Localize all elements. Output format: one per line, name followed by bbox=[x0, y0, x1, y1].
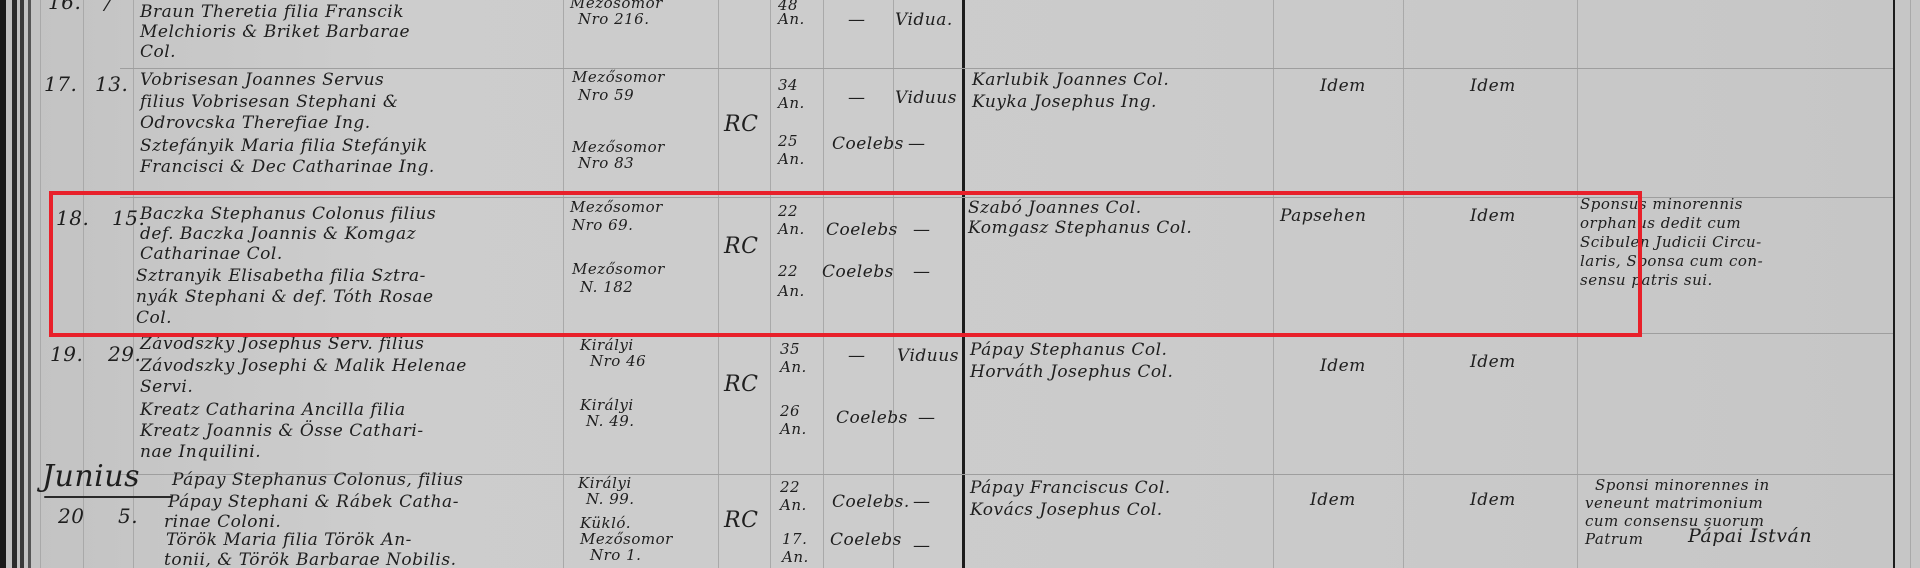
status-single: — bbox=[848, 10, 866, 31]
ledger-page: 16. 7 Braun Theretia filia Franscik Melc… bbox=[0, 0, 1920, 568]
entry-day: 29. bbox=[108, 344, 141, 365]
religion-mark: RC bbox=[724, 374, 758, 395]
religion-mark: RC bbox=[724, 114, 758, 135]
age-groom: 22 bbox=[780, 478, 800, 497]
remarks-line: Patrum bbox=[1585, 530, 1643, 549]
age-unit: An. bbox=[780, 496, 807, 515]
residence-groom-number: N. 99. bbox=[586, 490, 635, 509]
residence-bride-number: Nro 216. bbox=[578, 10, 650, 29]
column-rule-heavy bbox=[1893, 0, 1895, 568]
status-bride-widowed: — bbox=[908, 134, 926, 155]
age-unit: An. bbox=[778, 150, 805, 169]
status-groom-widowed: Viduus bbox=[897, 346, 959, 367]
witness-line: Kovács Josephus Col. bbox=[970, 500, 1163, 521]
witness-line: Karlubik Joannes Col. bbox=[972, 70, 1169, 91]
entry-day: 5. bbox=[118, 506, 138, 527]
groom-line: Pápay Stephanus Colonus, filius bbox=[172, 470, 463, 491]
groom-line: filius Vobrisesan Stephani & bbox=[140, 92, 399, 113]
witness-line: Horváth Josephus Col. bbox=[970, 362, 1173, 383]
status-bride-widowed: — bbox=[918, 408, 936, 429]
age-unit: An. bbox=[778, 94, 805, 113]
bride-line: Col. bbox=[140, 42, 176, 63]
status-groom-widowed: Viduus bbox=[895, 88, 957, 109]
status-bride-widowed: — bbox=[913, 536, 931, 557]
entry-number: 17. bbox=[44, 74, 77, 95]
idem-mark: Idem bbox=[1470, 490, 1516, 511]
witness-line: Kuyka Josephus Ing. bbox=[972, 92, 1157, 113]
month-heading: Junius bbox=[42, 460, 140, 494]
officiant-signature: Pápai István bbox=[1688, 526, 1812, 547]
highlight-box-entry-18 bbox=[49, 191, 1642, 337]
age-unit: An. bbox=[782, 548, 809, 567]
bride-line: Braun Theretia filia Franscik bbox=[140, 2, 404, 23]
status-widowed: Vidua. bbox=[895, 10, 953, 31]
groom-line: Závodszky Josephi & Malik Helenae bbox=[140, 356, 467, 377]
age-groom: 35 bbox=[780, 340, 800, 359]
bride-line: Török Maria filia Török An- bbox=[166, 530, 412, 551]
idem-mark: Idem bbox=[1320, 76, 1366, 97]
page-binding-edge bbox=[0, 0, 6, 568]
idem-mark: Idem bbox=[1470, 352, 1516, 373]
status-bride-single: Coelebs bbox=[830, 530, 902, 551]
groom-line: Pápay Stephani & Rábek Catha- bbox=[168, 492, 459, 513]
age-unit: An. bbox=[780, 358, 807, 377]
residence-groom-number: Nro 59 bbox=[578, 86, 634, 105]
column-rule bbox=[1910, 0, 1911, 568]
groom-line: Servi. bbox=[140, 377, 193, 398]
residence-bride-number: N. 49. bbox=[586, 412, 635, 431]
witness-line: Pápay Stephanus Col. bbox=[970, 340, 1167, 361]
religion-mark: RC bbox=[724, 510, 758, 531]
bride-line: Francisci & Dec Catharinae Ing. bbox=[140, 157, 435, 178]
bride-line: Kreatz Joannis & Össe Cathari- bbox=[140, 421, 424, 442]
witness-line: Pápay Franciscus Col. bbox=[970, 478, 1171, 499]
status-groom-single: Coelebs. bbox=[832, 492, 910, 513]
entry-number: 20 bbox=[58, 506, 84, 527]
residence-bride-number: Nro 83 bbox=[578, 154, 634, 173]
age-unit: An. bbox=[780, 420, 807, 439]
status-bride-single: Coelebs bbox=[832, 134, 904, 155]
entry-day: 13. bbox=[95, 74, 128, 95]
residence-groom: Mezősomor bbox=[572, 68, 665, 87]
status-groom-single: — bbox=[848, 346, 866, 367]
month-underline bbox=[44, 496, 172, 498]
status-bride-single: Coelebs bbox=[836, 408, 908, 429]
age-bride: 25 bbox=[778, 132, 798, 151]
entry-number: 16. bbox=[48, 0, 81, 13]
bride-line: Kreatz Catharina Ancilla filia bbox=[140, 400, 406, 421]
age-unit: An. bbox=[778, 10, 805, 29]
bride-line: nae Inquilini. bbox=[140, 442, 261, 463]
remarks-line: Sponsi minorennes in bbox=[1595, 476, 1770, 495]
groom-line: Vobrisesan Joannes Servus bbox=[140, 70, 384, 91]
page-binding-edge bbox=[28, 0, 31, 568]
page-binding-edge bbox=[12, 0, 17, 568]
remarks-line: veneunt matrimonium bbox=[1585, 494, 1763, 513]
age-bride: 17. bbox=[782, 530, 807, 549]
status-groom-widowed: — bbox=[913, 492, 931, 513]
groom-line: Odrovcska Therefiae Ing. bbox=[140, 113, 371, 134]
bride-line: Sztefányik Maria filia Stefányik bbox=[140, 136, 428, 157]
age-groom: 34 bbox=[778, 76, 798, 95]
page-binding-edge bbox=[20, 0, 24, 568]
entry-number: 19. bbox=[50, 344, 83, 365]
residence-groom-number: Nro 46 bbox=[590, 352, 646, 371]
bride-line: Melchioris & Briket Barbarae bbox=[140, 22, 410, 43]
status-groom-single: — bbox=[848, 88, 866, 109]
bride-line: tonii, & Török Barbarae Nobilis. bbox=[164, 550, 456, 568]
groom-line: Závodszky Josephus Serv. filius bbox=[140, 334, 424, 355]
column-rule bbox=[40, 0, 41, 568]
residence-bride-number: Nro 1. bbox=[590, 546, 641, 565]
entry-day: 7 bbox=[100, 0, 113, 15]
idem-mark: Idem bbox=[1470, 76, 1516, 97]
row-rule bbox=[120, 68, 1893, 69]
age-bride: 26 bbox=[780, 402, 800, 421]
idem-mark: Idem bbox=[1320, 356, 1366, 377]
idem-mark: Idem bbox=[1310, 490, 1356, 511]
